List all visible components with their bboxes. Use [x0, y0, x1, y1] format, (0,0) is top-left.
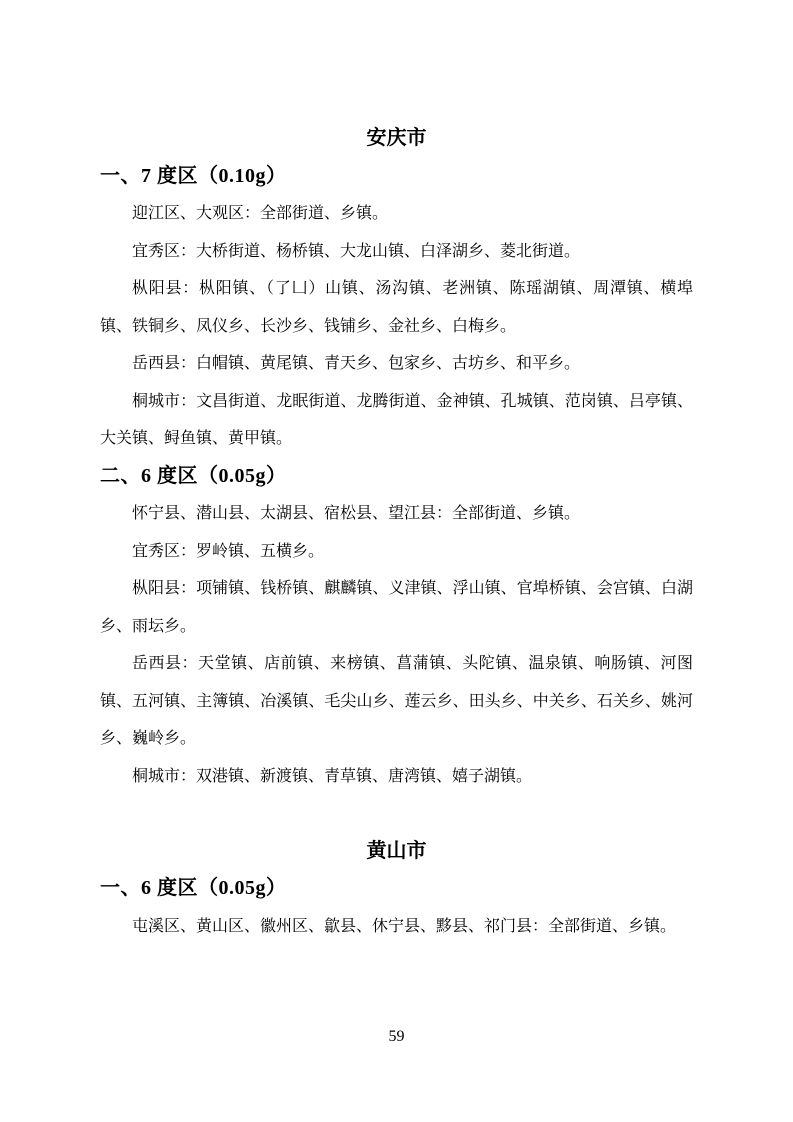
zone-paragraph: 岳西县：天堂镇、店前镇、来榜镇、菖蒲镇、头陀镇、温泉镇、响肠镇、河图镇、五河镇、… [100, 645, 693, 758]
zone-paragraph: 屯溪区、黄山区、徽州区、歙县、休宁县、黟县、祁门县：全部街道、乡镇。 [100, 908, 693, 946]
zone-paragraph: 岳西县：白帽镇、黄尾镇、青天乡、包家乡、古坊乡、和平乡。 [100, 345, 693, 383]
zone-paragraph: 枞阳县：枞阳镇、（了凵）山镇、汤沟镇、老洲镇、陈瑶湖镇、周潭镇、横埠镇、铁铜乡、… [100, 270, 693, 345]
zone-paragraph: 宜秀区：大桥街道、杨桥镇、大龙山镇、白泽湖乡、菱北街道。 [100, 233, 693, 271]
zone-paragraph: 桐城市：双港镇、新渡镇、青草镇、唐湾镇、嬉子湖镇。 [100, 758, 693, 796]
zone-heading: 一、7 度区（0.10g） [100, 158, 693, 196]
zone-heading: 一、6 度区（0.05g） [100, 870, 693, 908]
city-section-huangshan: 黄山市 一、6 度区（0.05g） 屯溪区、黄山区、徽州区、歙县、休宁县、黟县、… [100, 833, 693, 946]
zone-paragraph: 怀宁县、潜山县、太湖县、宿松县、望江县：全部街道、乡镇。 [100, 495, 693, 533]
zone-6-degree: 一、6 度区（0.05g） 屯溪区、黄山区、徽州区、歙县、休宁县、黟县、祁门县：… [100, 870, 693, 945]
document-page: 安庆市 一、7 度区（0.10g） 迎江区、大观区：全部街道、乡镇。 宜秀区：大… [0, 0, 793, 1122]
zone-6-degree: 二、6 度区（0.05g） 怀宁县、潜山县、太湖县、宿松县、望江县：全部街道、乡… [100, 458, 693, 796]
zone-heading: 二、6 度区（0.05g） [100, 458, 693, 496]
city-section-anqing: 安庆市 一、7 度区（0.10g） 迎江区、大观区：全部街道、乡镇。 宜秀区：大… [100, 120, 693, 795]
page-number: 59 [0, 1026, 793, 1048]
zone-paragraph: 桐城市：文昌街道、龙眠街道、龙腾街道、金神镇、孔城镇、范岗镇、吕亭镇、大关镇、鲟… [100, 383, 693, 458]
zone-paragraph: 迎江区、大观区：全部街道、乡镇。 [100, 195, 693, 233]
zone-paragraph: 枞阳县：项铺镇、钱桥镇、麒麟镇、义津镇、浮山镇、官埠桥镇、会宫镇、白湖乡、雨坛乡… [100, 570, 693, 645]
city-title: 黄山市 [100, 833, 693, 871]
document-content: 安庆市 一、7 度区（0.10g） 迎江区、大观区：全部街道、乡镇。 宜秀区：大… [100, 120, 693, 945]
zone-paragraph: 宜秀区：罗岭镇、五横乡。 [100, 533, 693, 571]
zone-7-degree: 一、7 度区（0.10g） 迎江区、大观区：全部街道、乡镇。 宜秀区：大桥街道、… [100, 158, 693, 458]
city-title: 安庆市 [100, 120, 693, 158]
